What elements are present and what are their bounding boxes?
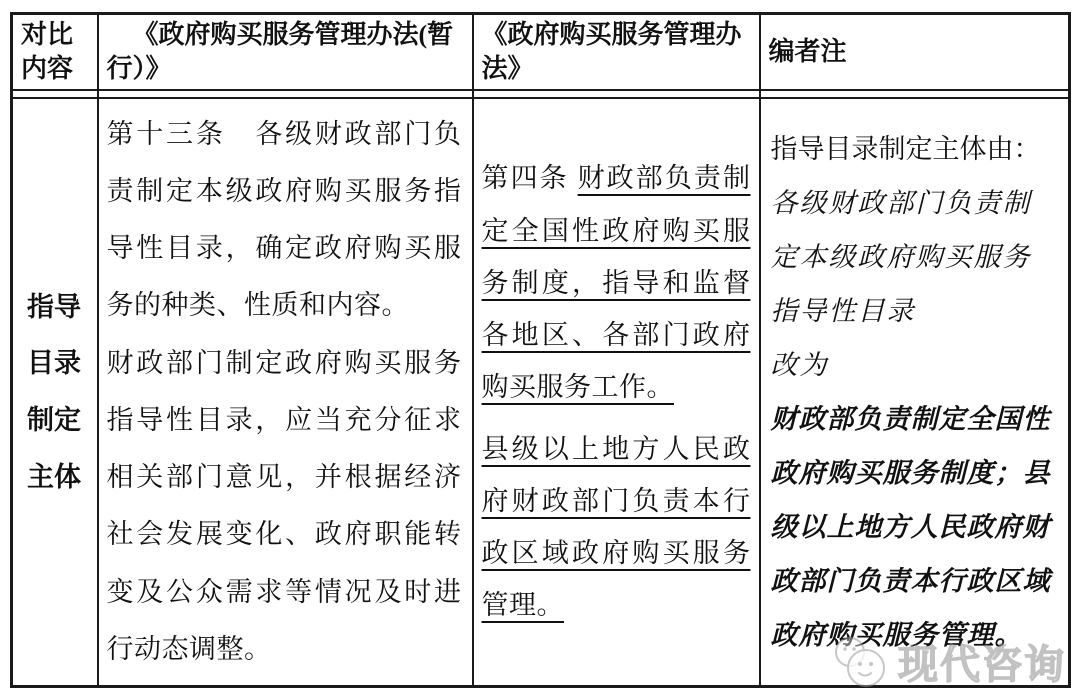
table-row: 指导目录制定主体 第十三条 各级财政部门负责制定本级政府购买服务指导性目录，确定…: [12, 98, 1070, 687]
editor-note-intro: 指导目录制定主体由：: [771, 122, 1061, 176]
final-paragraph-2: 县级以上地方人民政府财政部门负责本行政区域政府购买服务管理。: [482, 423, 751, 631]
final-text-cell: 第四条 财政部负责制定全国性政府购买服务制度，指导和监督各地区、各部门政府购买服…: [473, 98, 760, 687]
header-cell-compare-content: 对比内容: [12, 14, 98, 90]
final-article-number: 第四条: [482, 163, 578, 193]
header-cell-provisional-measures: 《政府购买服务管理办法(暂行）》: [98, 14, 473, 90]
header-cell-editor-note: 编者注: [760, 14, 1070, 90]
editor-note-change-word: 改为: [771, 338, 1061, 392]
final-paragraph-1-underlined: 财政部负责制定全国性政府购买服务制度，指导和监督各地区、各部门政府购买服务工作。: [482, 163, 751, 401]
final-paragraph-1: 第四条 财政部负责制定全国性政府购买服务制度，指导和监督各地区、各部门政府购买服…: [482, 152, 751, 413]
editor-note-original-text: 各级财政部门负责制定本级政府购买服务指导性目录: [771, 176, 1061, 338]
editor-note-revised-text: 财政部负责制定全国性政府购买服务制度；县级以上地方人民政府财政部门负责本行政区域…: [771, 392, 1061, 662]
page: 对比内容 《政府购买服务管理办法(暂行）》 《政府购买服务管理办法》 编者注 指…: [0, 0, 1080, 699]
header-divider-gap-row: [12, 90, 1070, 98]
editor-note-cell: 指导目录制定主体由： 各级财政部门负责制定本级政府购买服务指导性目录 改为 财政…: [760, 98, 1070, 687]
row-topic-cell: 指导目录制定主体: [12, 98, 98, 687]
provisional-text-cell: 第十三条 各级财政部门负责制定本级政府购买服务指导性目录，确定政府购买服务的种类…: [98, 98, 473, 687]
provisional-paragraph-1: 第十三条 各级财政部门负责制定本级政府购买服务指导性目录，确定政府购买服务的种类…: [107, 106, 462, 335]
comparison-table: 对比内容 《政府购买服务管理办法(暂行）》 《政府购买服务管理办法》 编者注 指…: [10, 12, 1071, 688]
final-paragraph-2-underlined: 县级以上地方人民政府财政部门负责本行政区域政府购买服务管理。: [482, 434, 751, 620]
provisional-paragraph-2: 财政部门制定政府购买服务指导性目录，应当充分征求相关部门意见，并根据经济社会发展…: [107, 335, 462, 678]
header-row: 对比内容 《政府购买服务管理办法(暂行）》 《政府购买服务管理办法》 编者注: [12, 14, 1070, 90]
header-cell-final-measures: 《政府购买服务管理办法》: [473, 14, 760, 90]
